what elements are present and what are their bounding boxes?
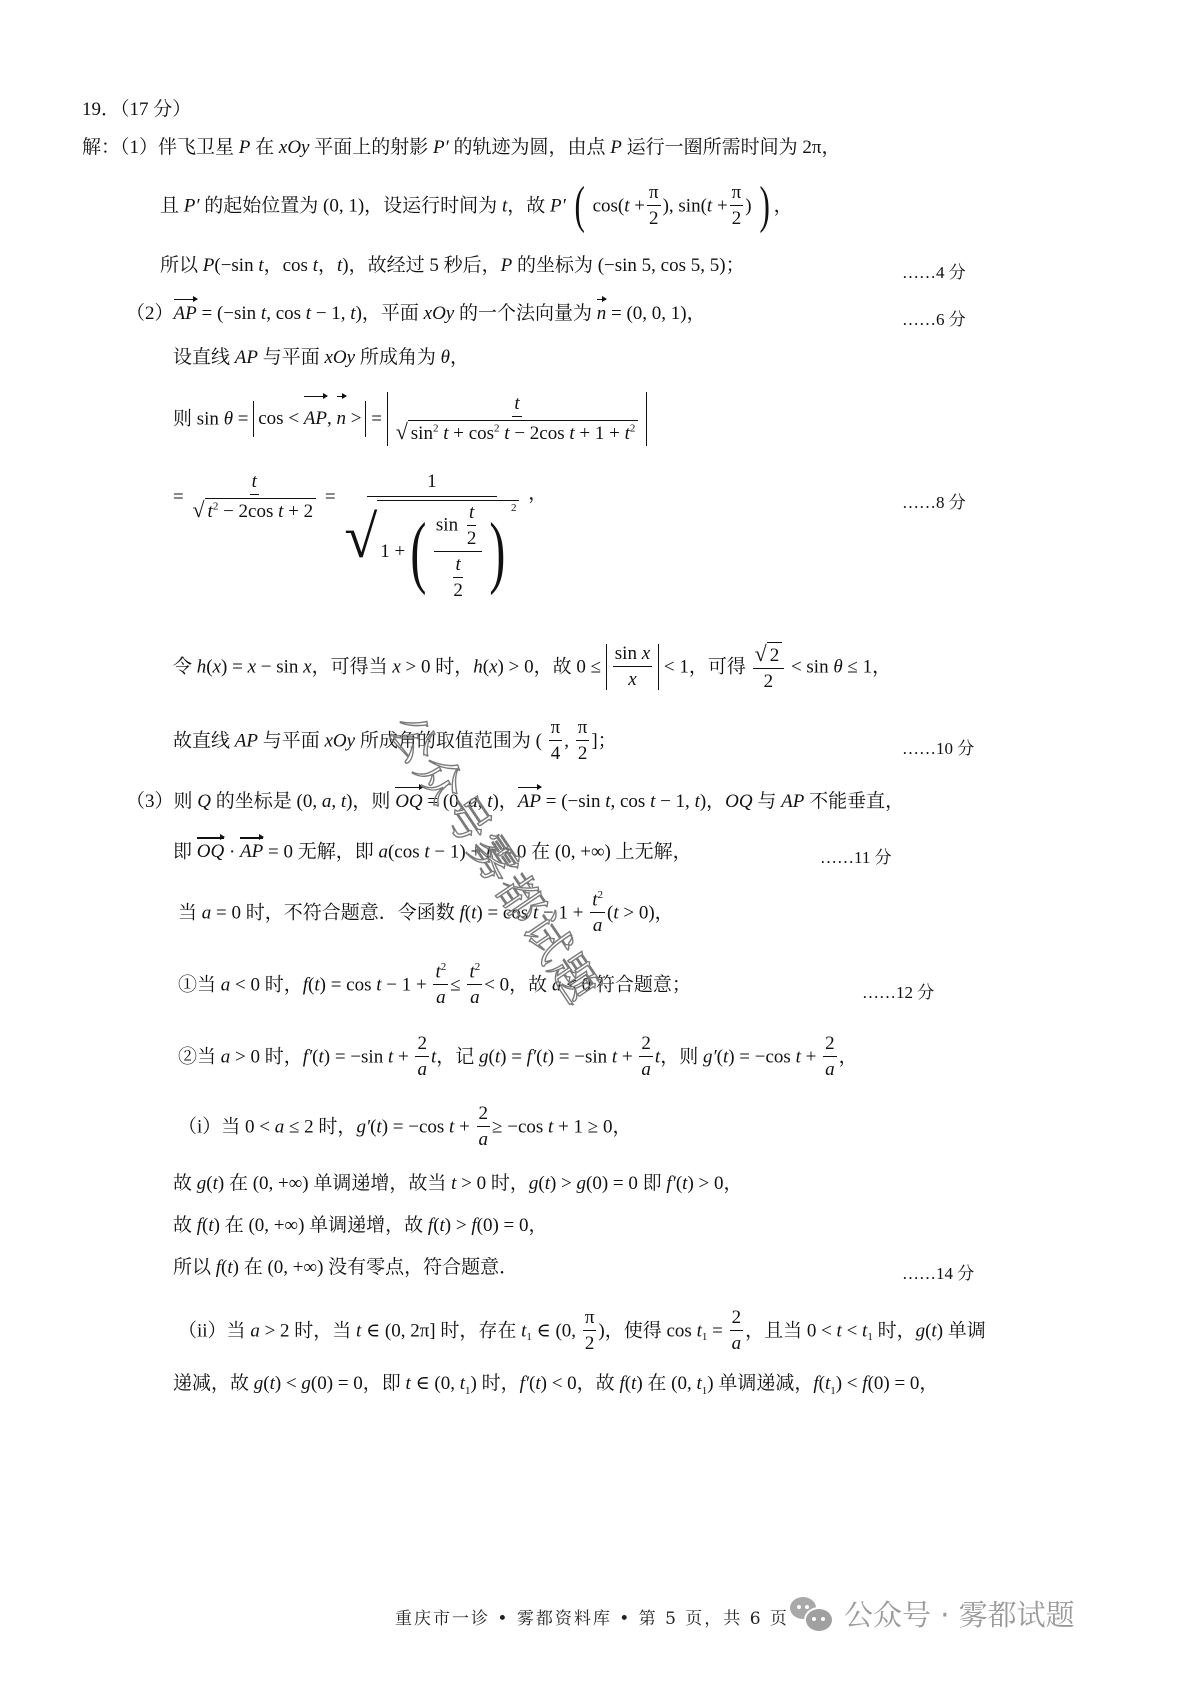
part1-line3: 所以 P(−sin t，cos t，t)，故经过 5 秒后，P 的坐标为 (−s… (160, 256, 745, 275)
page-footer: 重庆市一诊 • 雾都资料库 • 第 5 页，共 6 页 (395, 1604, 789, 1629)
score-11: ……11 分 (820, 843, 892, 868)
part3-line2: 即 OQ · AP = 0 无解，即 a(cos t − 1) + t2 = 0… (173, 842, 692, 861)
part2-line1: （2）AP = (−sin t, cos t − 1, t)，平面 xOy 的一… (126, 304, 706, 323)
score-12: ……12 分 (862, 978, 934, 1003)
part3-line4: ①当 a < 0 时，f(t) = cos t − 1 + t2a≤ t2a< … (178, 962, 691, 1008)
part2-line4: = t√t2 − 2cos t + 2 = 1 √1 + (sin t2t2)2… (173, 472, 547, 601)
score-4: ……4 分 (902, 258, 966, 283)
part3-line8: 故 f(t) 在 (0, +∞) 单调递增，故 f(t) > f(0) = 0， (173, 1216, 548, 1235)
part3-line1: （3）则 Q 的坐标是 (0, a, t)，则 OQ = (0, a, t)，A… (126, 792, 904, 811)
wechat-icon (790, 1595, 834, 1633)
part3-line5: ②当 a > 0 时，f′(t) = −sin t + 2at，记 g(t) =… (178, 1034, 858, 1080)
part1-line1: 解：（1）伴飞卫星 P 在 xOy 平面上的射影 P′ 的轨迹为圆，由点 P 运… (82, 138, 840, 157)
part2-line2: 设直线 AP 与平面 xOy 所成角为 θ， (173, 348, 469, 367)
part1-line2: 且 P′ 的起始位置为 (0, 1)，设运行时间为 t，故 P′ ( cos(t… (160, 180, 793, 232)
part3-line6: （i）当 0 < a ≤ 2 时，g′(t) = −cos t + 2a≥ −c… (178, 1104, 631, 1150)
part3-line3: 当 a = 0 时，不符合题意．令函数 f(t) = cos t − 1 + t… (178, 890, 674, 936)
part2-line3: 则 sin θ = cos < AP, n > = t√sin2 t + cos… (173, 392, 647, 446)
part3-line7: 故 g(t) 在 (0, +∞) 单调递增，故当 t > 0 时，g(t) > … (173, 1174, 743, 1193)
score-10: ……10 分 (902, 734, 974, 759)
brand-text: 公众号 · 雾都试题 (844, 1593, 1075, 1634)
score-6: ……6 分 (902, 305, 966, 330)
brand-badge: 公众号 · 雾都试题 (790, 1593, 1075, 1634)
score-14: ……14 分 (902, 1259, 974, 1284)
part3-line9: 所以 f(t) 在 (0, +∞) 没有零点，符合题意． (173, 1258, 518, 1277)
part2-line5: 令 h(x) = x − sin x，可得当 x > 0 时，h(x) > 0，… (173, 642, 891, 692)
part3-line11: 递减，故 g(t) < g(0) = 0，即 t ∈ (0, t1) 时，f′(… (173, 1374, 938, 1397)
score-8: ……8 分 (902, 488, 966, 513)
question-header: 19．（17 分） (82, 100, 191, 119)
part3-line10: （ii）当 a > 2 时，当 t ∈ (0, 2π] 时，存在 t1 ∈ (0… (178, 1308, 986, 1354)
